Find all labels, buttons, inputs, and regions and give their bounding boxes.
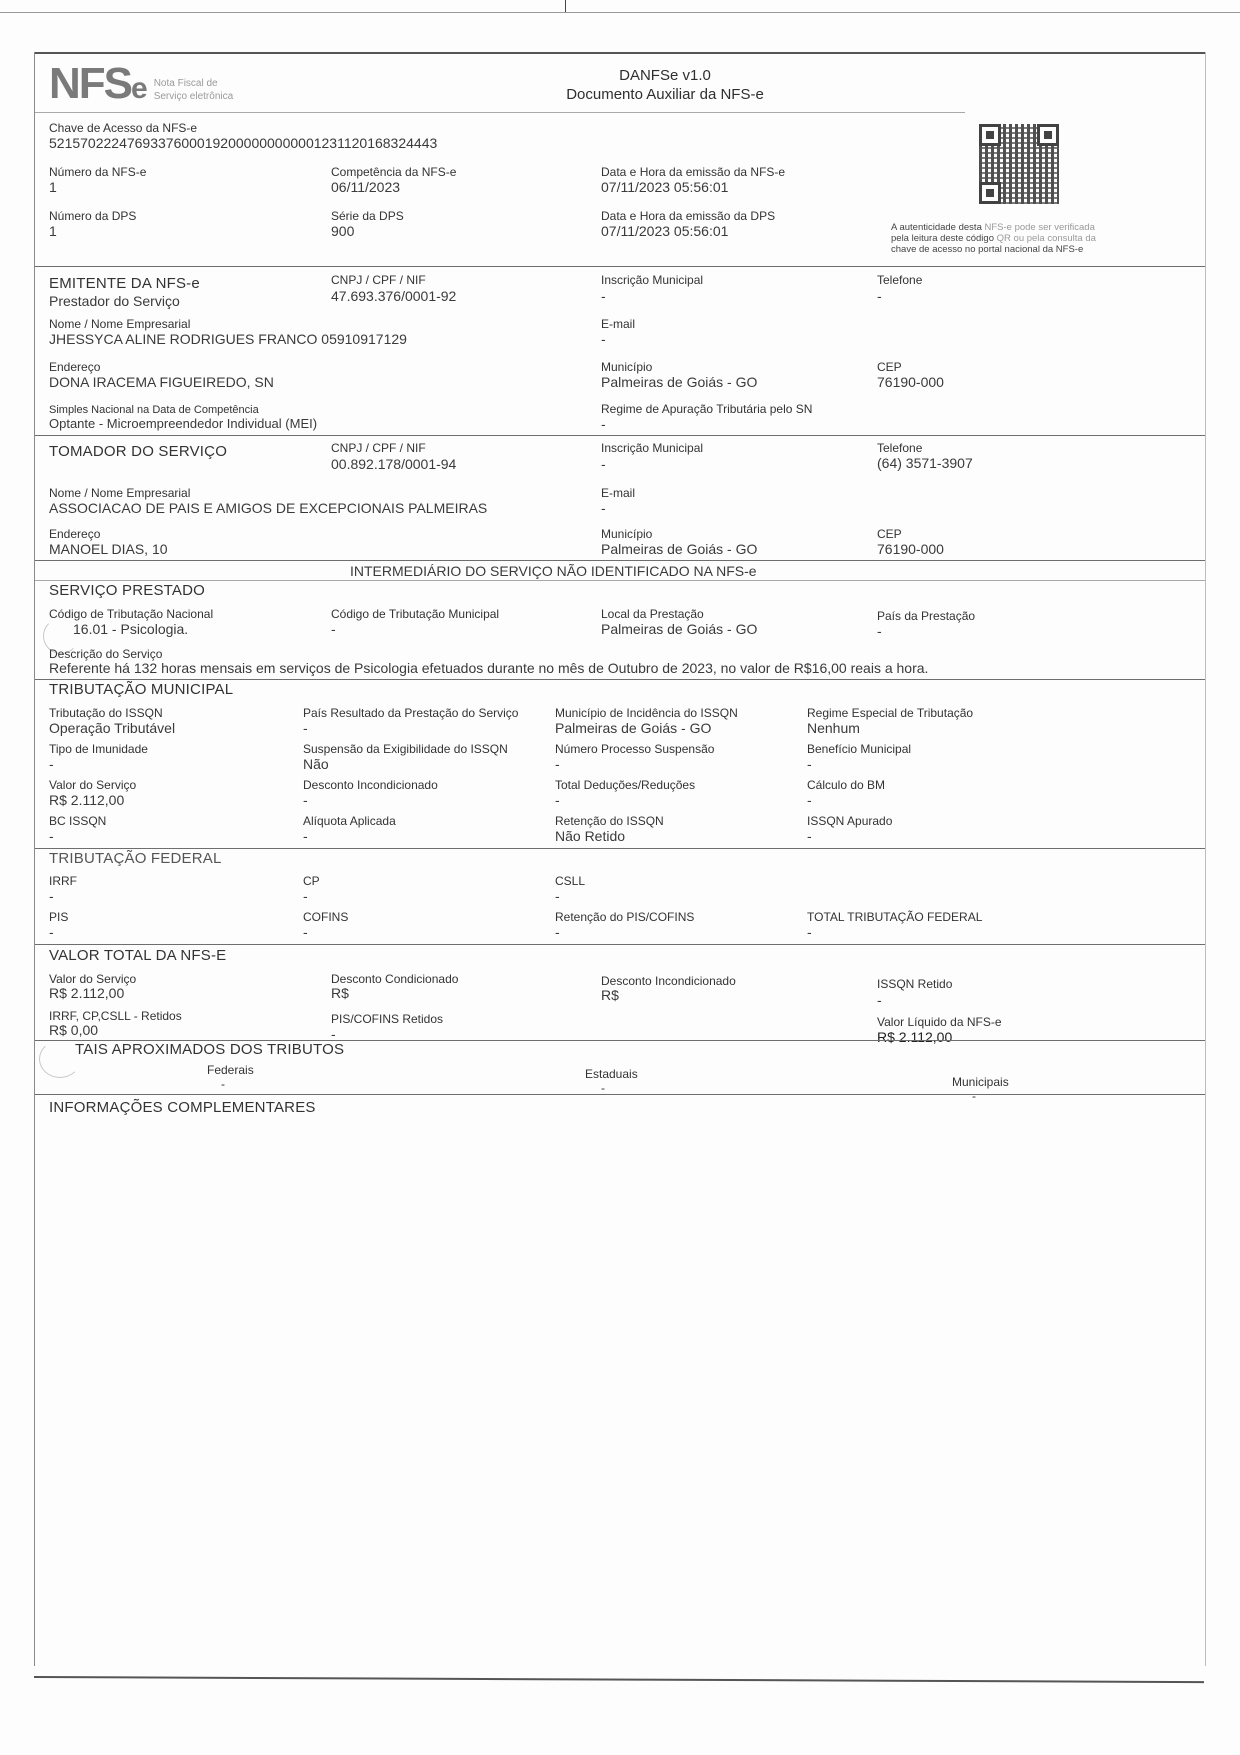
- field-value: -: [555, 924, 560, 940]
- pais-prestacao-label: País da Prestação: [877, 609, 975, 623]
- qr-authenticity-note: A autenticidade desta NFS-e pode ser ver…: [891, 222, 1191, 255]
- data-dps-value: 07/11/2023 05:56:01: [601, 223, 728, 239]
- emitente-im-label: Inscrição Municipal: [601, 273, 703, 287]
- field-value: -: [49, 888, 54, 904]
- tomador-endereco-label: Endereço: [49, 527, 100, 541]
- emitente-endereco-value: DONA IRACEMA FIGUEIREDO, SN: [49, 374, 274, 390]
- simples-label: Simples Nacional na Data de Competência: [49, 403, 259, 417]
- field-value: -: [49, 828, 54, 844]
- field-label: Total Deduções/Reduções: [555, 778, 695, 792]
- desc-cond-label: Desconto Condicionado: [331, 972, 458, 986]
- field-label: Município de Incidência do ISSQN: [555, 706, 738, 720]
- qr-note-text: pela leitura deste código: [891, 233, 997, 244]
- emitente-cep-value: 76190-000: [877, 374, 944, 390]
- tomador-cep-label: CEP: [877, 527, 902, 541]
- emitente-cnpj-value: 47.693.376/0001-92: [331, 288, 456, 304]
- nfse-logo: NFS e Nota Fiscal de Serviço eletrônica: [49, 64, 233, 104]
- regime-sn-value: -: [601, 416, 606, 432]
- issqn-retido-value: -: [877, 992, 882, 1008]
- logo-text: NFS: [49, 64, 131, 104]
- field-value: -: [303, 924, 308, 940]
- doc-title: DANFSe v1.0: [435, 67, 895, 84]
- field-label: BC ISSQN: [49, 814, 106, 828]
- field-value: Não Retido: [555, 828, 625, 844]
- serie-dps-label: Série da DPS: [331, 209, 404, 223]
- emitente-im-value: -: [601, 288, 606, 304]
- numero-dps-label: Número da DPS: [49, 209, 136, 223]
- field-value: Operação Tributável: [49, 720, 175, 736]
- logo-subtitle-1: Nota Fiscal de: [154, 78, 233, 89]
- desc-incond-label: Desconto Incondicionado: [601, 974, 736, 988]
- cod-nacional-label: Código de Tributação Nacional: [49, 607, 213, 621]
- competencia-value: 06/11/2023: [331, 179, 400, 195]
- tomador-municipio-value: Palmeiras de Goiás - GO: [601, 541, 757, 557]
- field-label: CP: [303, 874, 320, 888]
- emitente-endereco-label: Endereço: [49, 360, 100, 374]
- simples-value: Optante - Microempreendedor Individual (…: [49, 416, 317, 432]
- pis-cofins-retidos-label: PIS/COFINS Retidos: [331, 1012, 443, 1026]
- field-label: CSLL: [555, 874, 585, 888]
- field-label: Retenção do ISSQN: [555, 814, 664, 828]
- divider: [35, 435, 1205, 436]
- data-nfse-label: Data e Hora da emissão da NFS-e: [601, 165, 785, 179]
- emitente-cep-label: CEP: [877, 360, 902, 374]
- chave-label: Chave de Acesso da NFS-e: [49, 121, 197, 135]
- info-compl-title: INFORMAÇÕES COMPLEMENTARES: [49, 1099, 316, 1116]
- field-label: ISSQN Apurado: [807, 814, 892, 828]
- divider: [35, 560, 1205, 561]
- desc-incond-value: R$: [601, 987, 619, 1003]
- local-prestacao-label: Local da Prestação: [601, 607, 704, 621]
- emitente-municipio-value: Palmeiras de Goiás - GO: [601, 374, 757, 390]
- emitente-telefone-value: -: [877, 288, 882, 304]
- field-value: -: [807, 792, 812, 808]
- data-nfse-value: 07/11/2023 05:56:01: [601, 179, 728, 195]
- scan-top-edge: [0, 12, 1240, 13]
- valor-total-title: VALOR TOTAL DA NFS-E: [49, 947, 226, 964]
- emitente-telefone-label: Telefone: [877, 273, 922, 287]
- servico-title: SERVIÇO PRESTADO: [49, 582, 205, 599]
- page-bottom-edge: [34, 1676, 1204, 1683]
- tomador-im-value: -: [601, 456, 606, 472]
- field-value: Nenhum: [807, 720, 860, 736]
- field-label: Benefício Municipal: [807, 742, 911, 756]
- vt-valor-servico-value: R$ 2.112,00: [49, 985, 124, 1001]
- field-value: Palmeiras de Goiás - GO: [555, 720, 711, 736]
- numero-nfse-value: 1: [49, 179, 57, 195]
- intermediario-text: INTERMEDIÁRIO DO SERVIÇO NÃO IDENTIFICAD…: [350, 563, 757, 579]
- field-label: TOTAL TRIBUTAÇÃO FEDERAL: [807, 910, 982, 924]
- field-label: Cálculo do BM: [807, 778, 885, 792]
- valor-liquido-value: R$ 2.112,00: [877, 1029, 952, 1045]
- doc-subtitle: Documento Auxiliar da NFS-e: [435, 86, 895, 103]
- field-label: Alíquota Aplicada: [303, 814, 396, 828]
- emitente-municipio-label: Município: [601, 360, 652, 374]
- field-label: País Resultado da Prestação do Serviço: [303, 706, 518, 720]
- field-value: R$ 2.112,00: [49, 792, 124, 808]
- field-label: Desconto Incondicionado: [303, 778, 438, 792]
- local-prestacao-value: Palmeiras de Goiás - GO: [601, 621, 757, 637]
- tomador-telefone-value: (64) 3571-3907: [877, 455, 973, 471]
- divider: [35, 848, 1205, 849]
- emitente-nome-value: JHESSYCA ALINE RODRIGUES FRANCO 05910917…: [49, 331, 407, 347]
- tomador-email-value: -: [601, 500, 606, 516]
- regime-sn-label: Regime de Apuração Tributária pelo SN: [601, 402, 812, 416]
- tomador-nome-value: ASSOCIACAO DE PAIS E AMIGOS DE EXCEPCION…: [49, 500, 487, 516]
- divider: [35, 580, 1205, 581]
- irrf-retidos-label: IRRF, CP,CSLL - Retidos: [49, 1009, 182, 1023]
- tomador-municipio-label: Município: [601, 527, 652, 541]
- pais-prestacao-value: -: [877, 623, 882, 639]
- field-label: PIS: [49, 910, 68, 924]
- field-label: Valor do Serviço: [49, 778, 136, 792]
- field-label: Retenção do PIS/COFINS: [555, 910, 694, 924]
- field-value: -: [303, 828, 308, 844]
- field-value: -: [49, 924, 54, 940]
- field-value: -: [555, 888, 560, 904]
- qr-note-text: A autenticidade desta: [891, 222, 985, 233]
- divider: [35, 266, 1205, 267]
- field-value: -: [807, 756, 812, 772]
- irrf-retidos-value: R$ 0,00: [49, 1022, 98, 1038]
- tomador-email-label: E-mail: [601, 486, 635, 500]
- emitente-subtitle: Prestador do Serviço: [49, 293, 180, 309]
- numero-dps-value: 1: [49, 223, 57, 239]
- estaduais-value: -: [601, 1081, 605, 1095]
- competencia-label: Competência da NFS-e: [331, 165, 456, 179]
- descricao-value: Referente há 132 horas mensais em serviç…: [49, 660, 928, 676]
- qr-code-icon: [979, 124, 1059, 204]
- field-label: Tipo de Imunidade: [49, 742, 148, 756]
- tomador-title: TOMADOR DO SERVIÇO: [49, 443, 227, 460]
- tomador-im-label: Inscrição Municipal: [601, 441, 703, 455]
- field-value: -: [303, 888, 308, 904]
- valor-liquido-label: Valor Líquido da NFS-e: [877, 1015, 1002, 1029]
- municipais-value: -: [972, 1089, 976, 1103]
- vt-valor-servico-label: Valor do Serviço: [49, 972, 136, 986]
- estaduais-label: Estaduais: [585, 1067, 638, 1081]
- tomador-cnpj-label: CNPJ / CPF / NIF: [331, 441, 426, 455]
- logo-e: e: [131, 74, 148, 104]
- divider: [35, 112, 965, 113]
- scan-fold-mark: [565, 0, 566, 12]
- field-value: -: [807, 924, 812, 940]
- qr-note-text: QR ou pela consulta da: [997, 233, 1096, 244]
- numero-nfse-label: Número da NFS-e: [49, 165, 146, 179]
- emitente-title: EMITENTE DA NFS-e: [49, 275, 200, 292]
- divider: [35, 52, 1205, 54]
- trib-federal-title: TRIBUTAÇÃO FEDERAL: [49, 850, 222, 867]
- field-label: Número Processo Suspensão: [555, 742, 714, 756]
- qr-note-text: NFS-e pode ser verificada: [985, 222, 1095, 233]
- field-label: Regime Especial de Tributação: [807, 706, 973, 720]
- danfse-document: NFS e Nota Fiscal de Serviço eletrônica …: [34, 52, 1206, 1666]
- descricao-label: Descrição do Serviço: [49, 647, 162, 661]
- field-label: IRRF: [49, 874, 77, 888]
- field-value: -: [555, 756, 560, 772]
- qr-note-text: chave de acesso no portal nacional da NF…: [891, 244, 1083, 255]
- trib-municipal-title: TRIBUTAÇÃO MUNICIPAL: [49, 681, 233, 698]
- field-value: -: [303, 792, 308, 808]
- federais-value: -: [221, 1077, 225, 1091]
- tomador-cnpj-value: 00.892.178/0001-94: [331, 456, 456, 472]
- field-value: -: [807, 828, 812, 844]
- issqn-retido-label: ISSQN Retido: [877, 977, 952, 991]
- emitente-email-value: -: [601, 331, 606, 347]
- municipais-label: Municipais: [952, 1075, 1009, 1089]
- emitente-email-label: E-mail: [601, 317, 635, 331]
- cod-municipal-label: Código de Tributação Municipal: [331, 607, 499, 621]
- chave-value: 5215702224769337600019200000000000123112…: [49, 135, 437, 151]
- field-label: Suspensão da Exigibilidade do ISSQN: [303, 742, 508, 756]
- tomador-nome-label: Nome / Nome Empresarial: [49, 486, 190, 500]
- totais-aprox-title: TAIS APROXIMADOS DOS TRIBUTOS: [75, 1041, 344, 1058]
- cod-nacional-value: 16.01 - Psicologia.: [73, 621, 188, 637]
- desc-cond-value: R$: [331, 985, 349, 1001]
- tomador-cep-value: 76190-000: [877, 541, 944, 557]
- field-label: Tributação do ISSQN: [49, 706, 163, 720]
- tomador-endereco-value: MANOEL DIAS, 10: [49, 541, 168, 557]
- data-dps-label: Data e Hora da emissão da DPS: [601, 209, 775, 223]
- tomador-telefone-label: Telefone: [877, 441, 922, 455]
- cod-municipal-value: -: [331, 621, 336, 637]
- divider: [35, 944, 1205, 945]
- logo-subtitle-2: Serviço eletrônica: [154, 91, 233, 102]
- field-value: -: [49, 756, 54, 772]
- field-value: -: [303, 720, 308, 736]
- emitente-cnpj-label: CNPJ / CPF / NIF: [331, 273, 426, 287]
- field-value: -: [555, 792, 560, 808]
- divider: [35, 1094, 1205, 1095]
- field-value: Não: [303, 756, 329, 772]
- field-label: COFINS: [303, 910, 348, 924]
- serie-dps-value: 900: [331, 223, 354, 239]
- federais-label: Federais: [207, 1063, 254, 1077]
- divider: [35, 679, 1205, 680]
- emitente-nome-label: Nome / Nome Empresarial: [49, 317, 190, 331]
